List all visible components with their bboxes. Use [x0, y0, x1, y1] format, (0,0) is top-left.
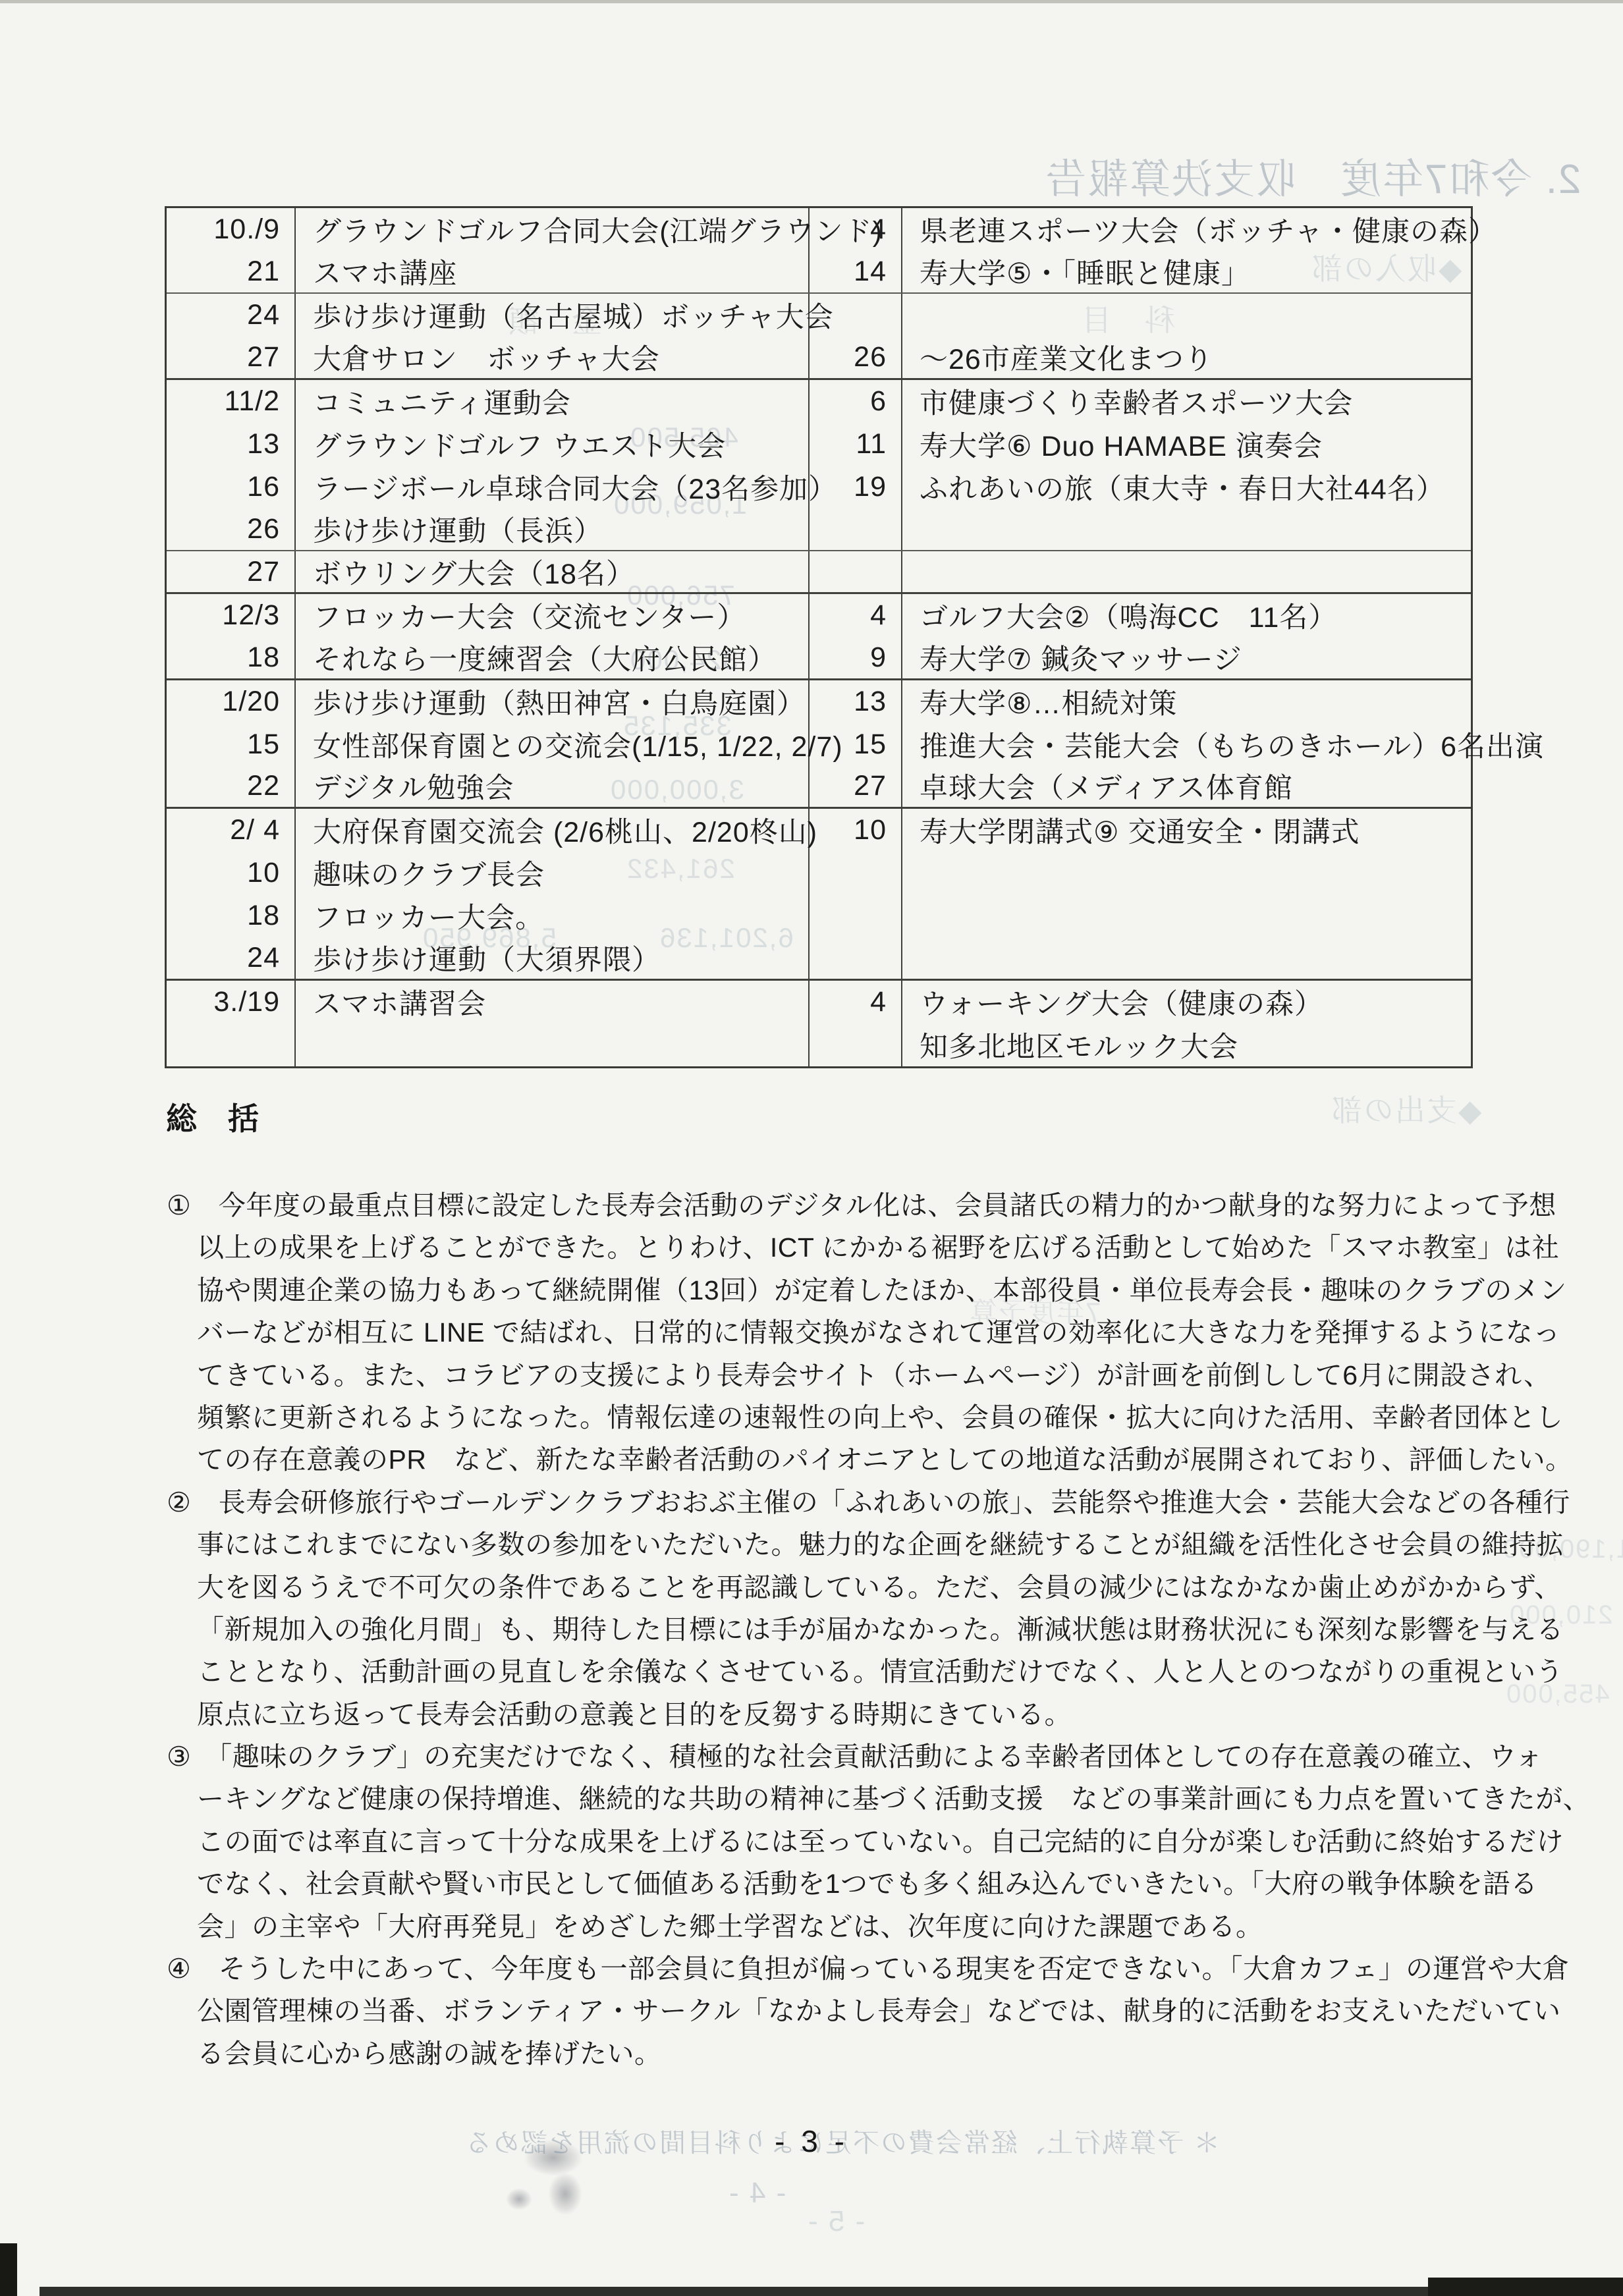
event-name-cell-right: ～26市産業文化まつり: [902, 337, 1471, 377]
event-date-cell-left: [167, 1024, 296, 1066]
scan-bottom-band-right: [1428, 2278, 1623, 2296]
event-date-cell-right: 26: [810, 337, 902, 377]
event-name-cell-right: 県老連スポーツ大会（ボッチャ・健康の森）: [902, 208, 1497, 251]
event-date-cell-left: 18: [167, 637, 296, 678]
summary-paragraph-4-line: ④ そうした中にあって、今年度も一部会員に負担が偏っている現実を否定できない。「…: [167, 1948, 1590, 1990]
table-row: 3./19スマホ講習会4ウォーキング大会（健康の森）: [167, 981, 1471, 1024]
table-row: 13グラウンドゴルフ ウエスト大会11寿大学⑥ Duo HAMABE 演奏会: [167, 423, 1471, 466]
bleed-through-text: ◆支出の部: [1331, 1087, 1481, 1130]
event-date-cell-left: 12/3: [167, 594, 296, 637]
event-name-cell-right: 寿大学⑥ Duo HAMABE 演奏会: [902, 423, 1471, 466]
table-row: 10趣味のクラブ長会: [167, 852, 1471, 894]
event-name-cell-right: [902, 508, 1471, 550]
summary-paragraph-4-line: る会員に心から感謝の誠を捧げたい。: [167, 2033, 1590, 2075]
summary-paragraph-1-line: 頻繁に更新されるようになった。情報伝達の速報性の向上や、会員の確保・拡大に向けた…: [167, 1396, 1590, 1438]
table-row: 2/ 4大府保育園交流会 (2/6桃山、2/20柊山)10寿大学閉講式⑨ 交通安…: [167, 809, 1471, 852]
summary-paragraph-3-line: ーキングなど健康の保持増進、継続的な共助の精神に基づく活動支援 などの事業計画に…: [167, 1778, 1590, 1820]
event-date-cell-right: 19: [810, 466, 902, 508]
table-row: 27ボウリング大会（18名）: [167, 551, 1471, 594]
event-name-cell-left: デジタル勉強会: [296, 766, 810, 807]
bleed-through-text: - 4 -: [728, 2177, 786, 2210]
event-name-cell-left: スマホ講座: [296, 251, 810, 292]
event-date-cell-left: 15: [167, 723, 296, 766]
event-date-cell-right: 15: [810, 723, 902, 766]
event-date-cell-left: 16: [167, 466, 296, 508]
event-date-cell-right: 14: [810, 251, 902, 292]
event-name-cell-left: 女性部保育園との交流会(1/15, 1/22, 2/7): [296, 723, 810, 766]
summary-paragraph-1-line: ① 今年度の最重点目標に設定した長寿会活動のデジタル化は、会員諸氏の精力的かつ献…: [167, 1184, 1590, 1226]
summary-paragraph-1-line: 以上の成果を上げることができた。とりわけ、ICT にかかる裾野を広げる活動として…: [167, 1226, 1590, 1269]
summary-paragraph-2-line: 「新規加入の強化月間」も、期待した目標には手が届かなかった。漸減状態は財務状況に…: [167, 1608, 1590, 1651]
table-row: 22デジタル勉強会27卓球大会（メディアス体育館: [167, 766, 1471, 809]
event-date-cell-right: [810, 1024, 902, 1066]
event-name-cell-right: [902, 551, 1471, 592]
event-date-cell-right: [810, 551, 902, 592]
table-row: 26歩け歩け運動（長浜）: [167, 508, 1471, 551]
summary-paragraph-1-line: バーなどが相互に LINE で結ばれ、日常的に情報交換がなされて運営の効率化に大…: [167, 1311, 1590, 1353]
event-name-cell-left: ラージボール卓球合同大会（23名参加）: [296, 466, 810, 508]
event-date-cell-left: 24: [167, 937, 296, 978]
event-name-cell-right: 市健康づくり幸齢者スポーツ大会: [902, 380, 1471, 423]
event-name-cell-left: グラウンドゴルフ ウエスト大会: [296, 423, 810, 466]
bleed-through-text: - 5 -: [807, 2205, 865, 2238]
event-name-cell-right: ふれあいの旅（東大寺・春日大社44名）: [902, 466, 1471, 508]
event-date-cell-right: [810, 294, 902, 337]
event-date-cell-left: 24: [167, 294, 296, 337]
event-name-cell-left: スマホ講習会: [296, 981, 810, 1024]
table-row: 21スマホ講座14寿大学⑤・「睡眠と健康」: [167, 251, 1471, 294]
event-date-cell-left: 11/2: [167, 380, 296, 423]
event-name-cell-right: 寿大学⑤・「睡眠と健康」: [902, 251, 1471, 292]
event-date-cell-left: 27: [167, 551, 296, 592]
summary-body: ① 今年度の最重点目標に設定した長寿会活動のデジタル化は、会員諸氏の精力的かつ献…: [167, 1184, 1590, 2075]
event-date-cell-left: 10: [167, 852, 296, 894]
event-name-cell-left: フロッカー大会（交流センター）: [296, 594, 810, 637]
summary-paragraph-1-line: 協や関連企業の協力もあって継続開催（13回）が定着したほか、本部役員・単位長寿会…: [167, 1269, 1590, 1311]
event-date-cell-left: 3./19: [167, 981, 296, 1024]
event-name-cell-left: ボウリング大会（18名）: [296, 551, 810, 592]
summary-paragraph-3-line: ③ 「趣味のクラブ」の充実だけでなく、積極的な社会貢献活動による幸齢者団体として…: [167, 1736, 1590, 1778]
summary-paragraph-3-line: 会」の主宰や「大府再発見」をめざした郷土学習などは、次年度に向けた課題である。: [167, 1905, 1590, 1948]
table-row: 15女性部保育園との交流会(1/15, 1/22, 2/7)15推進大会・芸能大…: [167, 723, 1471, 766]
event-name-cell-right: ウォーキング大会（健康の森）: [902, 981, 1471, 1024]
event-name-cell-left: [296, 1024, 810, 1066]
table-row: 1/20歩け歩け運動（熱田神宮・白鳥庭園）13寿大学⑧…相続対策: [167, 680, 1471, 723]
event-date-cell-right: 11: [810, 423, 902, 466]
event-date-cell-left: 10./9: [167, 208, 296, 251]
event-date-cell-right: 4: [810, 208, 902, 251]
table-row: 10./9グラウンドゴルフ合同大会(江端グラウンド)4県老連スポーツ大会（ボッチ…: [167, 208, 1471, 251]
event-name-cell-right: 卓球大会（メディアス体育館: [902, 766, 1471, 807]
event-date-cell-left: 1/20: [167, 680, 296, 723]
event-name-cell-right: 寿大学⑧…相続対策: [902, 680, 1471, 723]
event-date-cell-left: 2/ 4: [167, 809, 296, 852]
page-number: - 3 -: [0, 2123, 1623, 2159]
event-name-cell-right: [902, 937, 1471, 978]
event-name-cell-right: 寿大学⑦ 鍼灸マッサージ: [902, 637, 1471, 678]
event-name-cell-right: ゴルフ大会②（鳴海CC 11名）: [902, 594, 1471, 637]
event-date-cell-right: 9: [810, 637, 902, 678]
event-date-cell-right: [810, 894, 902, 937]
scan-bottom-band: [40, 2287, 1623, 2296]
event-name-cell-left: 大府保育園交流会 (2/6桃山、2/20柊山): [296, 809, 810, 852]
event-name-cell-left: フロッカー大会。: [296, 894, 810, 937]
table-row: 27大倉サロン ボッチャ大会26～26市産業文化まつり: [167, 337, 1471, 379]
summary-paragraph-2-line: 事にはこれまでにない多数の参加をいただいた。魅力的な企画を継続することが組織を活…: [167, 1523, 1590, 1566]
summary-heading: 総 括: [166, 1095, 259, 1139]
event-name-cell-left: 歩け歩け運動（大須界隈）: [296, 937, 810, 978]
table-row: 16ラージボール卓球合同大会（23名参加）19ふれあいの旅（東大寺・春日大社44…: [167, 466, 1471, 508]
event-name-cell-left: それなら一度練習会（大府公民館）: [296, 637, 810, 678]
event-name-cell-left: 趣味のクラブ長会: [296, 852, 810, 894]
summary-paragraph-1-line: てきている。また、コラビアの支援により長寿会サイト（ホームページ）が計画を前倒し…: [167, 1354, 1590, 1396]
summary-paragraph-3-line: でなく、社会貢献や賢い市民として価値ある活動を1つでも多く組み込んでいきたい。「…: [167, 1863, 1590, 1905]
event-name-cell-left: 大倉サロン ボッチャ大会: [296, 337, 810, 377]
table-row: 18それなら一度練習会（大府公民館）9寿大学⑦ 鍼灸マッサージ: [167, 637, 1471, 680]
events-table: 10./9グラウンドゴルフ合同大会(江端グラウンド)4県老連スポーツ大会（ボッチ…: [165, 206, 1473, 1068]
event-name-cell-left: コミュニティ運動会: [296, 380, 810, 423]
event-date-cell-left: 21: [167, 251, 296, 292]
summary-paragraph-1-line: ての存在意義のPR など、新たな幸齢者活動のパイオニアとしての地道な活動が展開さ…: [167, 1438, 1590, 1481]
event-name-cell-right: 寿大学閉講式⑨ 交通安全・閉講式: [902, 809, 1471, 852]
event-name-cell-right: 知多北地区モルック大会: [902, 1024, 1471, 1066]
event-name-cell-left: 歩け歩け運動（長浜）: [296, 508, 810, 550]
summary-paragraph-3-line: この面では率直に言って十分な成果を上げるには至っていない。自己完結的に自分が楽し…: [167, 1820, 1590, 1863]
event-date-cell-right: 6: [810, 380, 902, 423]
event-date-cell-right: 27: [810, 766, 902, 807]
event-name-cell-right: 推進大会・芸能大会（もちのきホール）6名出演: [902, 723, 1544, 766]
event-date-cell-right: 13: [810, 680, 902, 723]
table-row: 12/3フロッカー大会（交流センター）4ゴルフ大会②（鳴海CC 11名）: [167, 594, 1471, 637]
table-row: 24歩け歩け運動（名古屋城）ボッチャ大会: [167, 294, 1471, 337]
event-name-cell-left: グラウンドゴルフ合同大会(江端グラウンド): [296, 208, 810, 251]
summary-paragraph-4-line: 公園管理棟の当番、ボランティア・サークル「なかよし長寿会」などでは、献身的に活動…: [167, 1990, 1590, 2032]
event-name-cell-right: [902, 894, 1471, 937]
bleed-through-text: 2. 令和7年度 収支決算報告: [1044, 146, 1581, 205]
event-name-cell-right: [902, 852, 1471, 894]
event-date-cell-right: [810, 508, 902, 550]
event-date-cell-left: 13: [167, 423, 296, 466]
table-row: 11/2コミュニティ運動会6市健康づくり幸齢者スポーツ大会: [167, 380, 1471, 423]
summary-paragraph-2-line: 大を図るうえで不可欠の条件であることを再認識している。ただ、会員の減少にはなかな…: [167, 1566, 1590, 1608]
event-date-cell-left: 27: [167, 337, 296, 377]
table-row: 知多北地区モルック大会: [167, 1024, 1471, 1066]
summary-paragraph-2-line: こととなり、活動計画の見直しを余儀なくさせている。情宣活動だけでなく、人と人との…: [167, 1651, 1590, 1693]
scan-edge-top: [0, 0, 1623, 3]
smudge: [506, 2188, 532, 2210]
event-date-cell-right: 4: [810, 594, 902, 637]
table-row: 24歩け歩け運動（大須界隈）: [167, 937, 1471, 980]
smudge: [548, 2172, 582, 2216]
scan-corner-mark: [0, 2243, 17, 2296]
event-date-cell-right: 10: [810, 809, 902, 852]
event-date-cell-left: 26: [167, 508, 296, 550]
table-row: 18フロッカー大会。: [167, 894, 1471, 937]
event-date-cell-right: [810, 937, 902, 978]
event-name-cell-left: 歩け歩け運動（熱田神宮・白鳥庭園）: [296, 680, 810, 723]
summary-paragraph-2-line: ② 長寿会研修旅行やゴールデンクラブおおぶ主催の「ふれあいの旅」、芸能祭や推進大…: [167, 1481, 1590, 1523]
event-name-cell-left: 歩け歩け運動（名古屋城）ボッチャ大会: [296, 294, 810, 337]
event-date-cell-right: [810, 852, 902, 894]
event-date-cell-right: 4: [810, 981, 902, 1024]
event-date-cell-left: 18: [167, 894, 296, 937]
summary-paragraph-2-line: 原点に立ち返って長寿会活動の意義と目的を反芻する時期にきている。: [167, 1693, 1590, 1736]
event-name-cell-right: [902, 294, 1471, 337]
event-date-cell-left: 22: [167, 766, 296, 807]
